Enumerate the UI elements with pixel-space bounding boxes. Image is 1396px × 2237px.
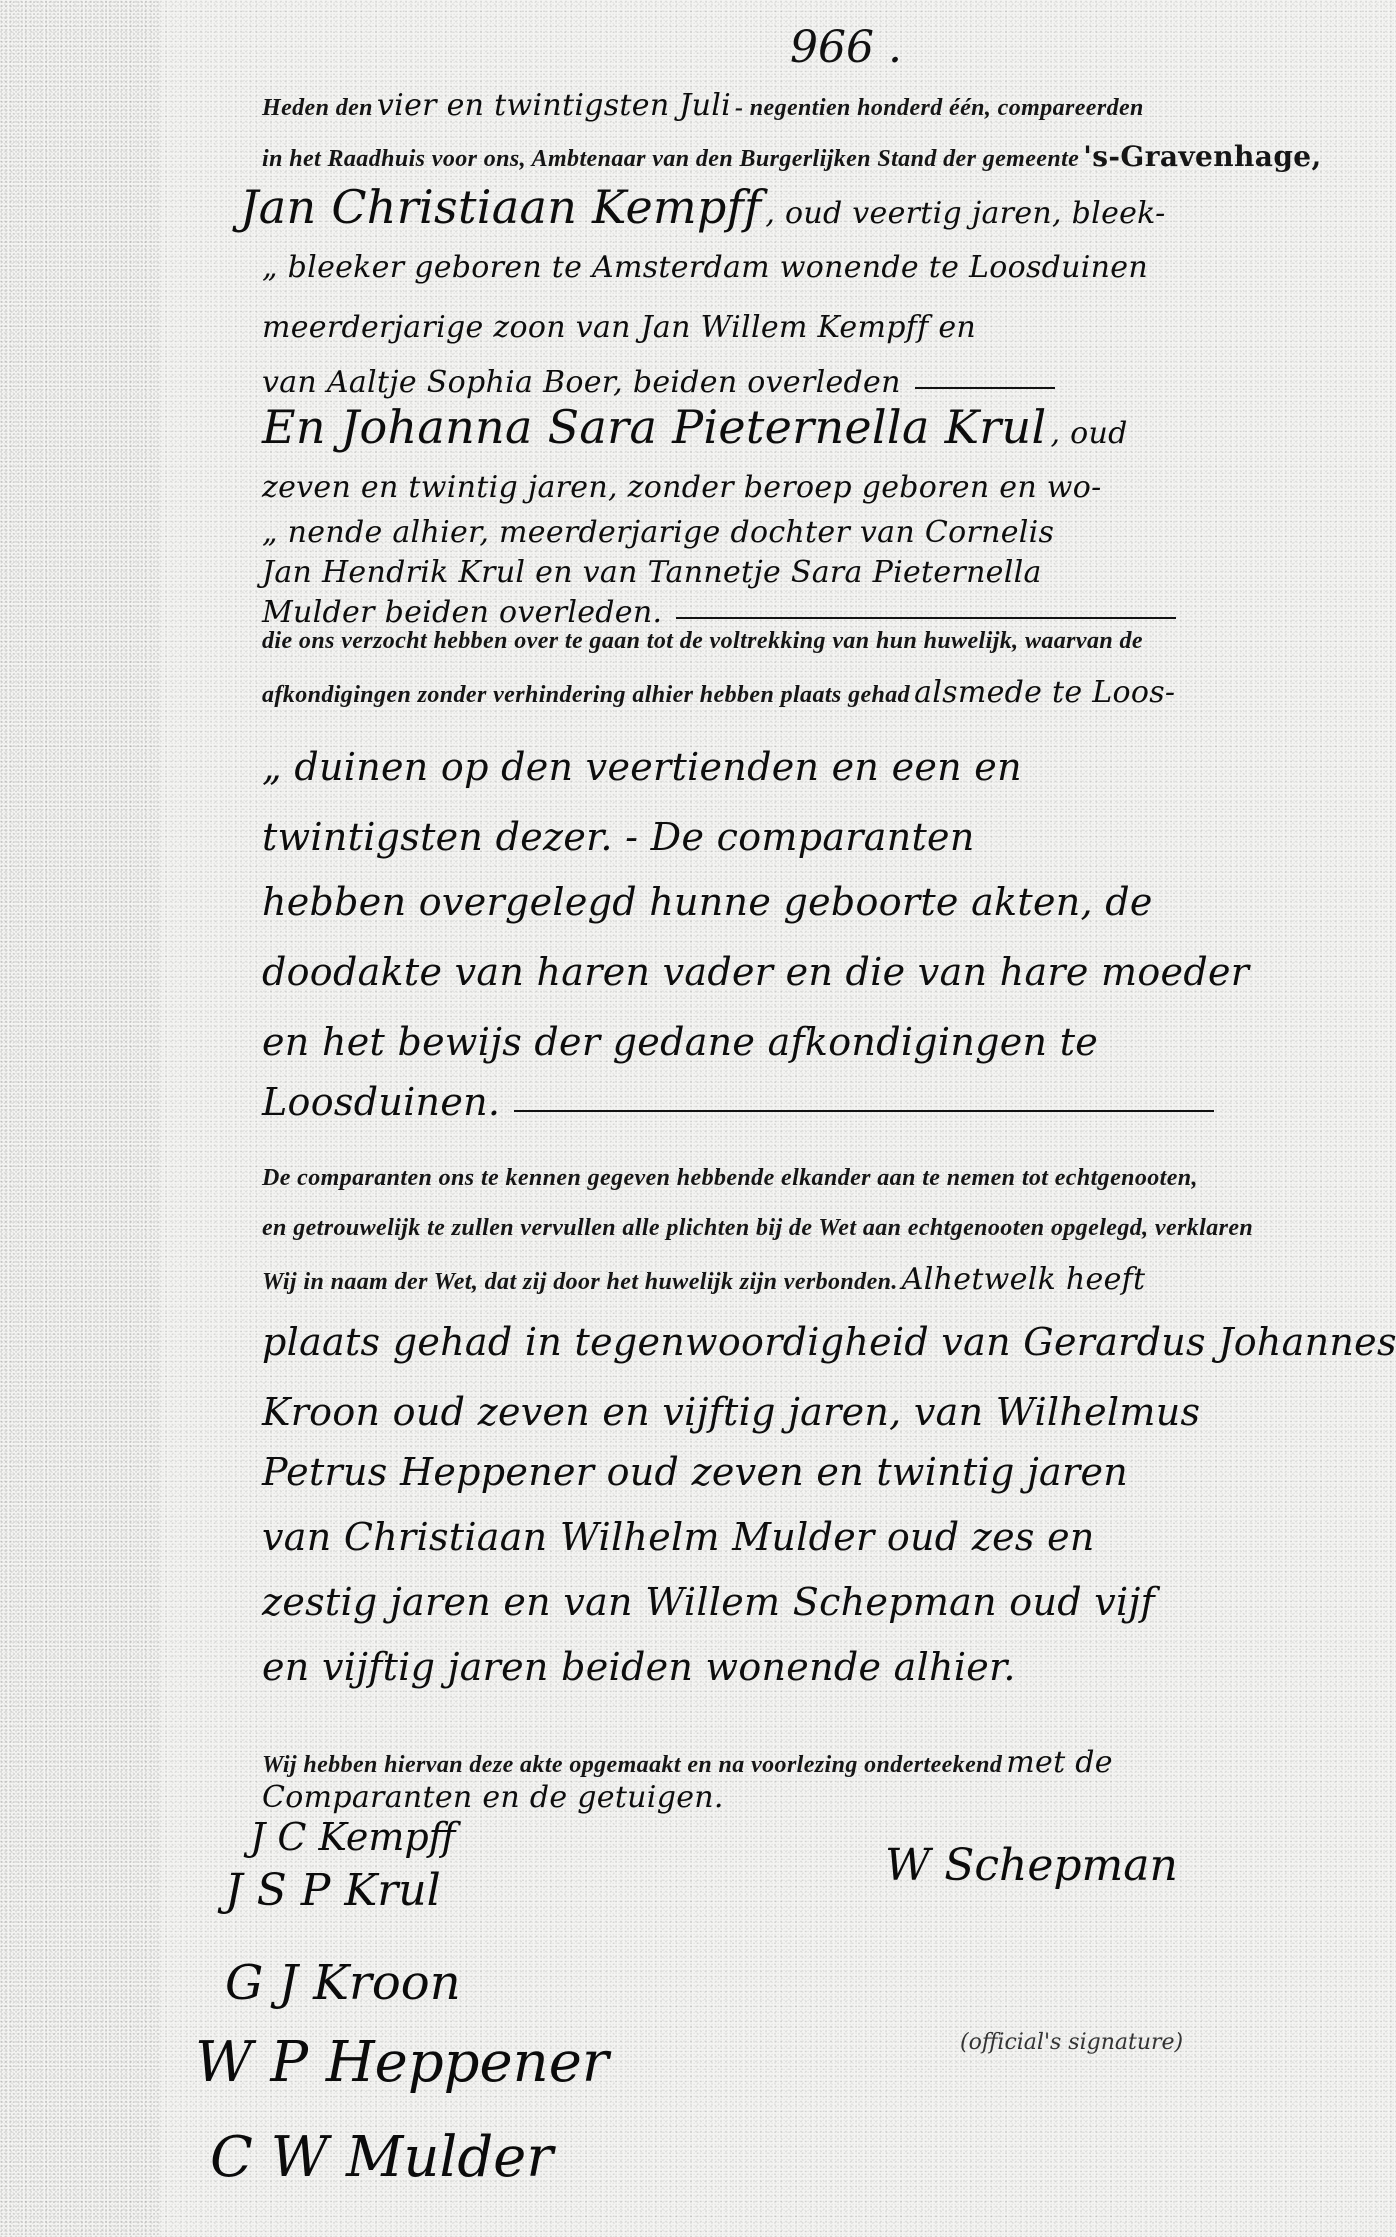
record-line-18: en het bewijs der gedane afkondigingen t… <box>262 1020 1098 1064</box>
record-line-11: Mulder beiden overleden. <box>262 595 1176 630</box>
record-line-5: meerderjarige zoon van Jan Willem Kempff… <box>262 310 976 345</box>
record-line-6: van Aaltje Sophia Boer, beiden overleden <box>262 365 1055 400</box>
printed-text: De comparanten ons te kennen gegeven heb… <box>262 1165 1198 1191</box>
signature-witness-mulder: C W Mulder <box>210 2125 553 2190</box>
witness-2-line: Kroon oud zeven en vijftig jaren, van Wi… <box>262 1390 1200 1434</box>
fill-rule <box>514 1110 1214 1112</box>
handwritten-text: en het bewijs der gedane afkondigingen t… <box>262 1020 1098 1064</box>
printed-text: die ons verzocht hebben over te gaan tot… <box>262 628 1143 654</box>
printed-text: Wij in naam der Wet, dat zij door het hu… <box>262 1269 898 1295</box>
paper-edge-grain <box>0 0 160 2237</box>
handwritten-date: vier en twintigsten Juli <box>377 88 731 123</box>
printed-text: Wij hebben hiervan deze akte opgemaakt e… <box>262 1752 1002 1778</box>
record-line-17: doodakte van haren vader en die van hare… <box>262 950 1249 994</box>
record-line-29: Wij hebben hiervan deze akte opgemaakt e… <box>262 1745 1113 1780</box>
record-line-8: zeven en twintig jaren, zonder beroep ge… <box>262 470 1102 505</box>
record-line-19: Loosduinen. <box>262 1080 1214 1124</box>
bride-name: En Johanna Sara Pieternella Krul <box>262 400 1046 454</box>
record-line-4: „ bleeker geboren te Amsterdam wonende t… <box>262 250 1148 285</box>
handwritten-text: Jan Hendrik Krul en van Tannetje Sara Pi… <box>262 555 1042 590</box>
signature-witness-heppener: W P Heppener <box>195 2030 609 2095</box>
handwritten-text: Alhetwelk heeft <box>902 1262 1146 1297</box>
bride-line: En Johanna Sara Pieternella Krul , oud <box>262 400 1128 454</box>
handwritten-text: Mulder beiden overleden. <box>262 595 662 630</box>
record-line-14: „ duinen op den veertienden en een en <box>262 745 1022 789</box>
handwritten-text: zeven en twintig jaren, zonder beroep ge… <box>262 470 1102 505</box>
witness-3-line: van Christiaan Wilhelm Mulder oud zes en <box>262 1515 1095 1559</box>
handwritten-text: hebben overgelegd hunne geboorte akten, … <box>262 880 1153 924</box>
witness-2-name: Petrus Heppener oud zeven en twintig jar… <box>262 1450 1128 1494</box>
handwritten-text: alsmede te Loos- <box>914 675 1175 710</box>
record-line-2: in het Raadhuis voor ons, Ambtenaar van … <box>262 140 1322 173</box>
record-line-1: Heden den vier en twintigsten Juli - neg… <box>262 88 1144 123</box>
signature-witness-schepman: W Schepman <box>885 1840 1178 1891</box>
handwritten-text: meerderjarige zoon van Jan Willem Kempff… <box>262 310 976 345</box>
handwritten-text: „ bleeker geboren te Amsterdam wonende t… <box>262 250 1148 285</box>
printed-text: afkondigingen zonder verhindering alhier… <box>262 682 910 708</box>
municipality-name: 's-Gravenhage, <box>1083 140 1321 173</box>
handwritten-text: Loosduinen. <box>262 1080 500 1124</box>
handwritten-text: , oud <box>1050 416 1127 451</box>
record-line-28: en vijftig jaren beiden wonende alhier. <box>262 1645 1016 1689</box>
signature-witness-kroon: G J Kroon <box>225 1955 461 2011</box>
groom-name: Jan Christiaan Kempff <box>240 180 761 234</box>
record-line-10: Jan Hendrik Krul en van Tannetje Sara Pi… <box>262 555 1042 590</box>
printed-text: en getrouwelijk te zullen vervullen alle… <box>262 1215 1253 1241</box>
handwritten-text: „ duinen op den veertienden en een en <box>262 745 1022 789</box>
record-line-13: afkondigingen zonder verhindering alhier… <box>262 675 1175 710</box>
record-line-22: Wij in naam der Wet, dat zij door het hu… <box>262 1262 1145 1297</box>
record-line-16: hebben overgelegd hunne geboorte akten, … <box>262 880 1153 924</box>
signature-official: (official's signature) <box>960 2030 1183 2055</box>
record-line-21: en getrouwelijk te zullen vervullen alle… <box>262 1215 1253 1242</box>
printed-text: - negentien honderd één, compareerden <box>735 95 1144 121</box>
record-line-9: „ nende alhier, meerderjarige dochter va… <box>262 515 1054 550</box>
printed-text: Heden den <box>262 95 373 121</box>
record-line-12: die ons verzocht hebben over te gaan tot… <box>262 628 1143 655</box>
handwritten-text: doodakte van haren vader en die van hare… <box>262 950 1249 994</box>
record-line-15: twintigsten dezer. - De comparanten <box>262 815 975 859</box>
record-line-25: Petrus Heppener oud zeven en twintig jar… <box>262 1450 1128 1494</box>
record-line-30: Comparanten en de getuigen. <box>262 1780 724 1815</box>
record-line-20: De comparanten ons te kennen gegeven heb… <box>262 1165 1198 1192</box>
handwritten-text: twintigsten dezer. - De comparanten <box>262 815 975 859</box>
signature-bride: J S P Krul <box>225 1865 441 1916</box>
handwritten-text: Comparanten en de getuigen. <box>262 1780 724 1815</box>
record-line-23: plaats gehad in tegenwoordigheid van Ger… <box>262 1320 1396 1364</box>
signature-groom: J C Kempff <box>250 1815 456 1859</box>
handwritten-text: , oud veertig jaren, bleek- <box>765 196 1165 231</box>
fill-rule <box>915 387 1055 389</box>
record-line-26: van Christiaan Wilhelm Mulder oud zes en <box>262 1515 1095 1559</box>
record-line-24: Kroon oud zeven en vijftig jaren, van Wi… <box>262 1390 1200 1434</box>
groom-line: Jan Christiaan Kempff , oud veertig jare… <box>240 180 1166 234</box>
page-number: 966 . <box>790 22 902 73</box>
handwritten-text: van Aaltje Sophia Boer, beiden overleden <box>262 365 901 400</box>
witness-1-line: plaats gehad in tegenwoordigheid van Ger… <box>262 1320 1396 1364</box>
witness-4-line: zestig jaren en van Willem Schepman oud … <box>262 1580 1155 1624</box>
printed-text: in het Raadhuis voor ons, Ambtenaar van … <box>262 146 1079 172</box>
handwritten-text: en vijftig jaren beiden wonende alhier. <box>262 1645 1016 1689</box>
fill-rule <box>676 617 1176 619</box>
record-line-27: zestig jaren en van Willem Schepman oud … <box>262 1580 1155 1624</box>
handwritten-text: „ nende alhier, meerderjarige dochter va… <box>262 515 1054 550</box>
handwritten-text: met de <box>1006 1745 1113 1780</box>
